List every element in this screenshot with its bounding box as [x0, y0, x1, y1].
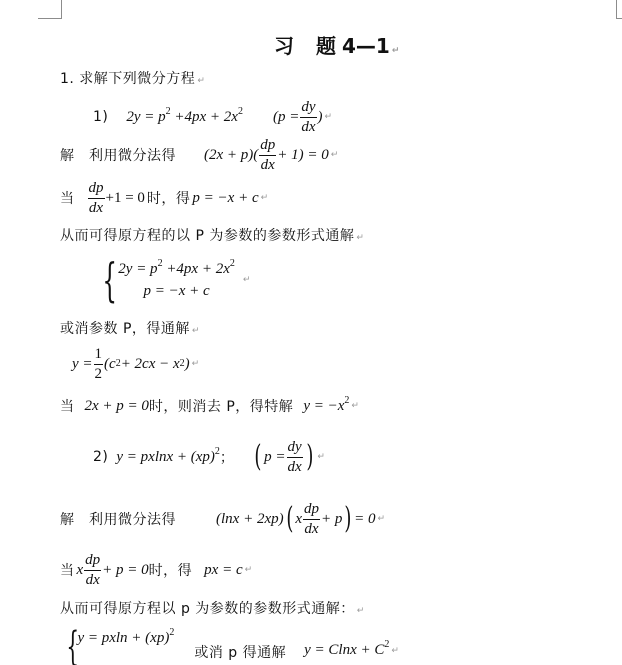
left-brace: { — [66, 624, 79, 665]
part1-factored: (2x + p)( dpdx + 1) = 0 — [204, 138, 329, 173]
part1-label: 1) — [93, 109, 108, 125]
part2-case-line: 当 x dpdx + p = 0 时，得 px = c ↵ — [60, 548, 252, 592]
part2-equation-line: 2) y = pxlnx + (xp)2 ； ( p = dydx ) ↵ — [93, 434, 325, 480]
part1-equation-line: 1) 2y = p2 +4px + 2x2 (p = dydx ) ↵ — [93, 96, 332, 138]
part1-case2-line: 当 2x + p = 0 时，则消去 P，得特解 y = −x2 ↵ — [60, 396, 359, 416]
page-corner-mark-right-v — [616, 0, 617, 18]
part1-general-solution: y = 12 (c2 + 2cx − x2) ↵ — [72, 342, 199, 386]
part1-eliminate: 或消参数 P，得通解↵ — [60, 318, 200, 338]
part1-condition: (p = dydx ) — [273, 100, 323, 135]
part2-solution-line: 解 利用微分法得 (lnx + 2xp) ( x dpdx + p ) = 0 … — [60, 496, 385, 542]
part1-equation: 2y = p2 +4px + 2x2 — [126, 109, 243, 126]
page-corner-mark-left-h — [38, 18, 62, 19]
part2-system-line: { y = pxln + (xp)2 或消 p 得通解 y = Clnx + C… — [60, 628, 399, 665]
part1-case1-line: 当 dpdx +1 = 0 时，得 p = −x + c ↵ — [60, 176, 268, 220]
page-title: 习题4—1↵ — [274, 30, 399, 59]
part1-param-intro: 从而可得原方程的以 P 为参数的参数形式通解↵ — [60, 225, 364, 245]
problem-heading: 1. 求解下列微分方程↵ — [60, 68, 205, 88]
page-corner-mark-left-v — [61, 0, 62, 18]
part1-solution-line: 解 利用微分法得 (2x + p)( dpdx + 1) = 0 ↵ — [60, 134, 338, 176]
page-corner-mark-right-h — [616, 18, 622, 19]
left-brace: { — [102, 253, 117, 307]
part1-system: { 2y = p2 +4px + 2x2 p = −x + c ↵ — [95, 255, 250, 305]
part2-param-intro: 从而可得原方程以 p 为参数的参数形式通解：↵ — [60, 598, 365, 618]
